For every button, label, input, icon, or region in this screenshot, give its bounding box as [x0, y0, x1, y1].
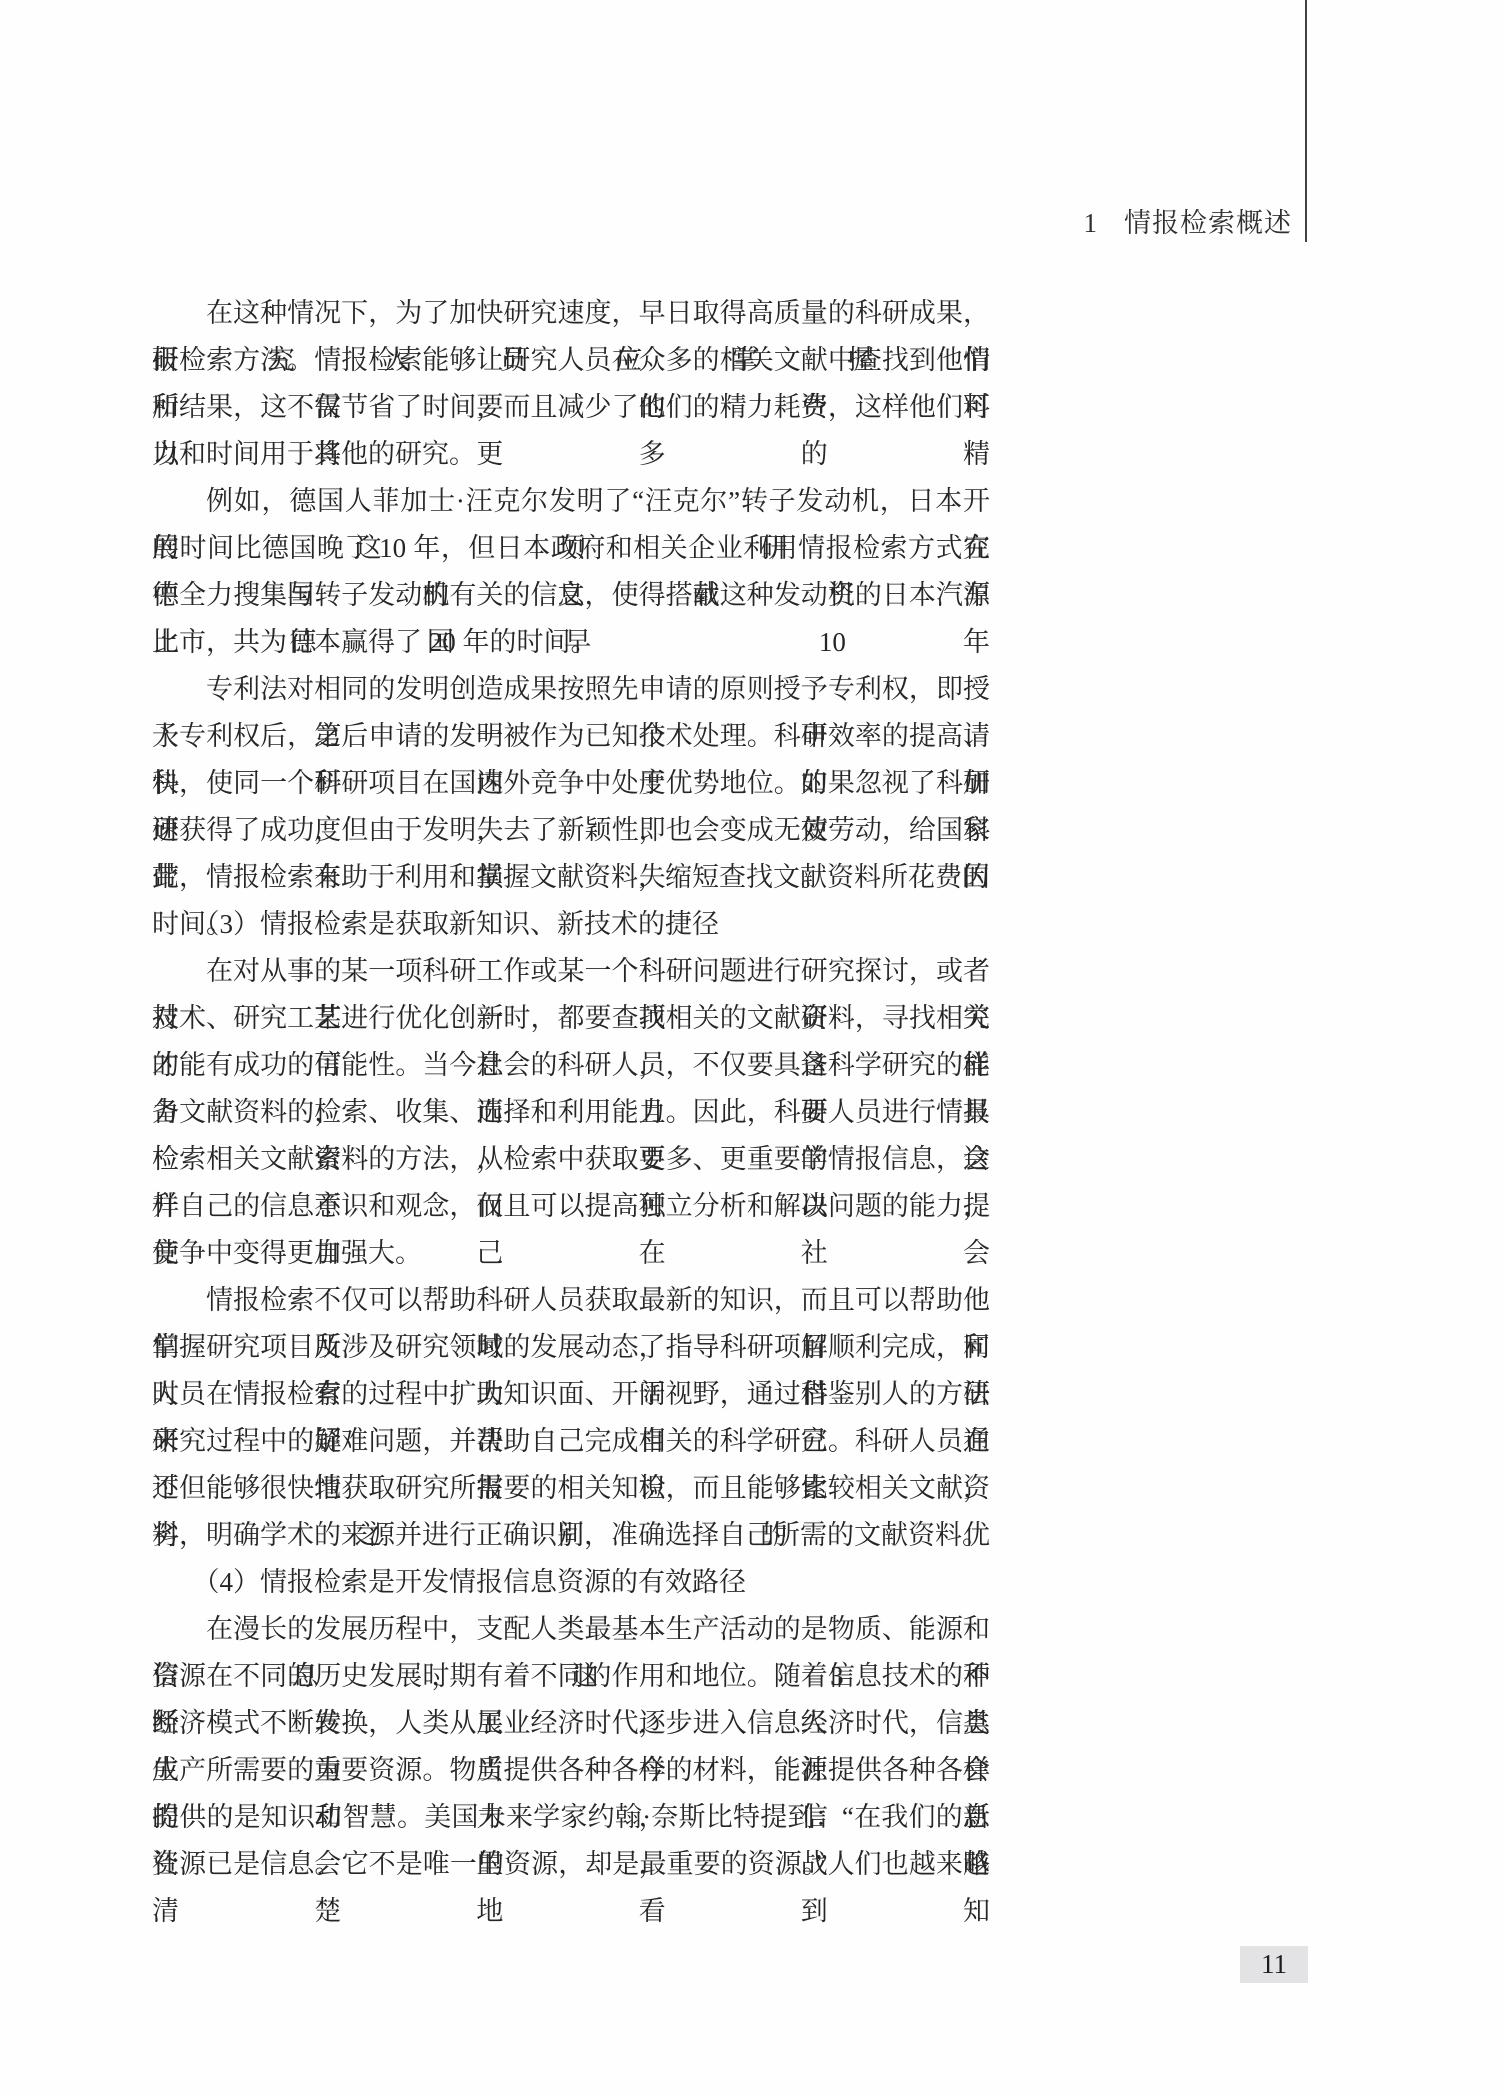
- body-text-line: 在漫长的发展历程中，支配人类最基本生产活动的是物质、能源和信息，这 3 种: [152, 1606, 990, 1653]
- body-text-line: 在这种情况下，为了加快研究速度，早日取得高质量的科研成果，研究人员应掌握情: [152, 290, 990, 337]
- running-header: 1情报检索概述: [1084, 206, 1293, 240]
- body-text-line: 和结果，这不仅节省了时间，而且减少了他们的精力耗费，这样他们可以将更多的精: [152, 384, 990, 431]
- page-body-text: 在这种情况下，为了加快研究速度，早日取得高质量的科研成果，研究人员应掌握情报检索…: [152, 290, 990, 1888]
- body-text-line: 不但能够很快地获取研究所需要的相关知识，而且能够比较相关文献资料之间的优: [152, 1465, 990, 1512]
- body-text-line: 检索相关文献资料的方法，从检索中获取更多、更重要的情报信息，这样不仅可以提: [152, 1136, 990, 1183]
- book-page: 1情报检索概述 在这种情况下，为了加快研究速度，早日取得高质量的科研成果，研究人…: [0, 0, 1504, 2095]
- header-divider-line: [1305, 0, 1307, 242]
- page-number-badge: 11: [1240, 1946, 1308, 1983]
- body-text-line: 才能有成功的可能性。当今社会的科研人员，不仅要具备科学研究的能力，而且要具: [152, 1042, 990, 1089]
- body-text-line: 在对从事的某一项科研工作或某一个科研问题进行研究探讨，或者对某一项研究: [152, 948, 990, 995]
- body-text-line: 的时间比德国晚了 10 年，但日本政府和相关企业利用情报检索方式在德国的文献资源: [152, 525, 990, 572]
- section-heading-line: （4）情报检索是开发情报信息资源的有效路径: [152, 1559, 990, 1606]
- body-text-line: 此，情报检索有助于利用和掌握文献资料，缩短查找文献资料所花费的时间。: [152, 854, 990, 901]
- body-text-line: 人员在情报检索的过程中扩大知识面、开阔视野，通过借鉴别人的方法来解决自己在: [152, 1371, 990, 1418]
- section-heading-line: （3）情报检索是获取新知识、新技术的捷径: [152, 901, 990, 948]
- body-text-line: 升自己的信息意识和观念，而且可以提高独立分析和解决问题的能力，使自己在社会: [152, 1183, 990, 1230]
- body-text-line: 技术、研究工艺进行优化创新时，都要查找相关的文献资料，寻找相关的信息，这样: [152, 995, 990, 1042]
- body-text-line: 备文献资料的检索、收集、选择和利用能力。因此，科研人员进行情报检索，要学会: [152, 1089, 990, 1136]
- body-text-line: 研获得了成功，但由于发明失去了新颖性，也会变成无效劳动，给国家带来损失。因: [152, 807, 990, 854]
- body-text-line: 快，使同一个科研项目在国内外竞争中处于优势地位。如果忽视了科研速度，即使科: [152, 760, 990, 807]
- body-text-line: 劣，明确学术的来源并进行正确识别，准确选择自己所需的文献资料。: [152, 1512, 990, 1559]
- body-text-line: 人专利权后，之后申请的发明被作为已知技术处理。科研效率的提高、科研速度的加: [152, 713, 990, 760]
- chapter-title: 情报检索概述: [1124, 208, 1292, 238]
- body-text-line: 例如，德国人菲加士·汪克尔发明了“汪克尔”转子发动机，日本开展这项研究: [152, 478, 990, 525]
- page-number: 11: [1261, 1949, 1287, 1979]
- body-text-line: 研究过程中的疑难问题，并帮助自己完成相关的科学研究。科研人员通过情报检索，: [152, 1418, 990, 1465]
- body-text-line: 提供的是知识和智慧。美国未来学家约翰·奈斯比特提到：“在我们的新社会里，战略: [152, 1794, 990, 1841]
- body-text-line: 情报检索不仅可以帮助科研人员获取最新的知识，而且可以帮助他们及时了解和: [152, 1277, 990, 1324]
- body-text-line: 资源在不同的历史发展时期有着不同的作用和地位。随着信息技术的不断发展，人类: [152, 1653, 990, 1700]
- body-text-line: 掌握研究项目所涉及研究领域的发展动态，指导科研项目顺利完成，同时有助于科研: [152, 1324, 990, 1371]
- body-text-line: 经济模式不断转换，人类从工业经济时代逐步进入信息经济时代，信息成为当今社会: [152, 1700, 990, 1747]
- body-text-line: 专利法对相同的发明创造成果按照先申请的原则授予专利权，即授予第一个申请: [152, 666, 990, 713]
- body-text-line: 资源已是信息。它不是唯一的资源，却是最重要的资源。”人们也越来越清楚地看到知: [152, 1841, 990, 1888]
- body-text-line: 报检索方法。情报检索能够让研究人员在众多的相关文献中查找到他们所需要的资料: [152, 337, 990, 384]
- chapter-number: 1: [1084, 208, 1099, 238]
- body-text-line: 生产所需要的重要资源。物质提供各种各样的材料，能源提供各种各样的动力，信息: [152, 1747, 990, 1794]
- body-text-line: 中全力搜集与转子发动机有关的信息，使得搭载这种发动机的日本汽车比德国早 10 年: [152, 572, 990, 619]
